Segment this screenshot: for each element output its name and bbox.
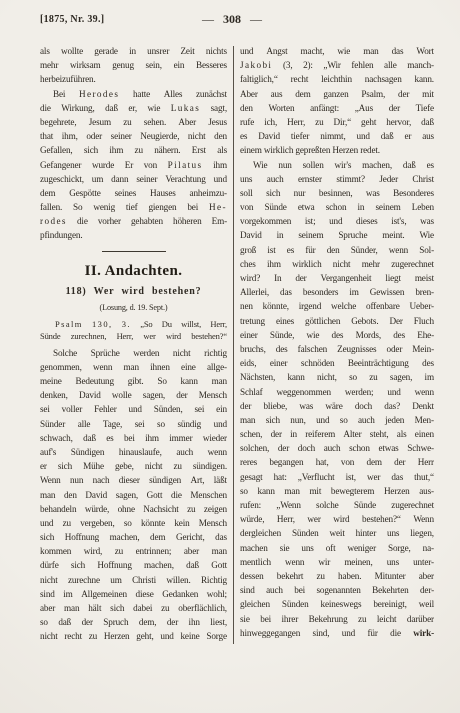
paragraph: Wienunsollenwir'smachen,daßesunsaucherns…: [240, 158, 434, 640]
text-line: sodaßderSpruchdem,derihnliest,: [40, 615, 227, 629]
text-line: nichtzurechneumChristiwillen.Richtig: [40, 573, 227, 587]
devotion-title: 118) Wer wird bestehen?: [40, 285, 227, 298]
text-line: gleichenSündenkeineswegsbereinigt,weil: [240, 597, 434, 611]
page-number-value: 308: [223, 12, 241, 26]
text-line: Allerlei,dasbesondersimGewissenbren-: [240, 285, 434, 299]
text-line: faltiglich,“rechtleichthinnachsagenkann.: [240, 72, 434, 86]
text-line: einem wirklich gepreßten Herzen redet.: [240, 143, 434, 157]
text-line: wird?InderVergangenheitliegtmeist: [240, 271, 434, 285]
text-line: hinweggegangensind,undfürdiewirk-: [240, 626, 434, 640]
text-line: SolcheSprüchewerdennichtrichtig: [40, 346, 227, 360]
text-line: Jakobi(3,2):„Wirfehlenallemanch-: [240, 58, 434, 72]
paragraph: SolcheSprüchewerdennichtrichtiggenommen,…: [40, 346, 227, 644]
text-line: sichHoffnungmachen,demGericht,das: [40, 530, 227, 544]
text-line: bruchs,desfalschenZeugnissesoderMein-: [240, 342, 434, 356]
text-line: sindimAllgemeinendieseGedankenwohl;: [40, 587, 227, 601]
text-line: eids,einerschnödenBeeinträchtigungdes: [240, 356, 434, 370]
text-line: machensieunsoftwenigerSorge,na-: [240, 541, 434, 555]
journal-page: [1875, Nr. 39.] —308— alswolltegeradeinu…: [0, 0, 460, 713]
section-heading: II. Andachten.: [40, 262, 227, 280]
text-line: Gefallen,sichihmzunähern.Erstals: [40, 143, 227, 157]
scripture-verse: Psalm130,3.„SoDuwillst,Herr,Sündezurechn…: [40, 318, 227, 342]
rule-line: [102, 251, 166, 252]
text-line: rodesdievorhergehabtenhöherenEm-: [40, 214, 227, 228]
text-line: reresbegangenhat,vondemderHerr: [240, 455, 434, 469]
text-line: seivollerFehlerundSünden,seiein: [40, 402, 227, 416]
text-line: Psalm130,3.„SoDuwillst,Herr,: [40, 318, 227, 330]
text-line: SünderalleTage,seisosündigund: [40, 417, 227, 431]
text-line: denWortenanfängt:„AusderTiefe: [240, 101, 434, 115]
column-divider: [233, 46, 234, 644]
text-line: GefangenerwurdeErvonPilatusihm: [40, 158, 227, 172]
text-line: tretungeinesgöttlichenGebots.DerFluch: [240, 314, 434, 328]
text-line: fallen.SowenigtiefgiengenbeiHe-: [40, 200, 227, 214]
text-line: auf'sSündigenhinauslaufe,auchwenn: [40, 445, 227, 459]
text-line: dergleichenSündenweithinterunsliegen,: [240, 526, 434, 540]
text-line: dieWirkung,daßer,wieLukassagt,: [40, 101, 227, 115]
header-dash-left: —: [202, 12, 214, 26]
text-line: alswolltegeradeinunsrerZeitnichts: [40, 44, 227, 58]
text-line: sollsichnurbesinnen,wasBesonderes: [240, 186, 434, 200]
text-line: DavidinseinemSpruchemeint.Wie: [240, 228, 434, 242]
text-line: sindauchbeisogenanntenBekehrtender-: [240, 583, 434, 597]
text-line: kommenwird,zuentrinnen;aberman: [40, 544, 227, 558]
text-line: herbeizuführen.: [40, 72, 227, 86]
text-line: AberausdemganzenPsalm,dermit: [240, 87, 434, 101]
text-line: mentlichwennwirmeinen,unsunter-: [240, 555, 434, 569]
text-line: mandenDavidsagen,GottdieMenschen: [40, 488, 227, 502]
text-line: mehrwirksamgenugsein,einBesseres: [40, 58, 227, 72]
text-line: Nächsten,kannnicht,sozusagen,im: [240, 370, 434, 384]
text-line: unsauchernsterstimmt?JederChrist: [240, 172, 434, 186]
page-number: —308—: [40, 12, 424, 27]
text-line: demGespötteseinesHausesanheimzu-: [40, 186, 227, 200]
section-divider-rule: [40, 251, 227, 252]
paragraph: undAngstmacht,wiemandasWortJakobi(3,2):„…: [240, 44, 434, 158]
text-line: einerSünde,wiedesMords,desEhe-: [240, 328, 434, 342]
text-line: Wienunsollenwir'smachen,daßes: [240, 158, 434, 172]
text-line: mansichnun,undsoauchjedenMen-: [240, 413, 434, 427]
text-line: BeiHerodeshatteAlleszunächst: [40, 87, 227, 101]
text-line: würde,Herr,werwirdbestehen?“Wenn: [240, 512, 434, 526]
text-line: nenkönnte,irgendwelcheoffenbareUeber-: [240, 299, 434, 313]
text-line: zugeschickt,umdannseinerVerachtungund: [40, 172, 227, 186]
text-line: ersichMühegebe,nichtzusündigen.: [40, 459, 227, 473]
text-line: gesagthat:„Verfluchtist,werdasthut,“: [240, 470, 434, 484]
text-line: schen,derinreiferemAltersteht,alseinen: [240, 427, 434, 441]
text-line: WennnunnachdiesersündigenArt,läßt: [40, 473, 227, 487]
text-line: esDavidtiefernimmt,unddaßeraus: [240, 129, 434, 143]
text-line: sokannmanmitbewegteremHerzenaus-: [240, 484, 434, 498]
right-column: undAngstmacht,wiemandasWortJakobi(3,2):„…: [240, 44, 434, 644]
text-line: dessenbekehrtzuhaben.Mitunteraber: [240, 569, 434, 583]
text-line: undzuvergeben,sokönntekeinMensch: [40, 516, 227, 530]
text-line: thatihm,oderseinerNeugierde,nichtden: [40, 129, 227, 143]
text-line: undAngstmacht,wiemandasWort: [240, 44, 434, 58]
text-line: vorgekommenist;unddiesesist's,was: [240, 214, 434, 228]
text-line: siebeiihrerBekehrungzuleichtdarüber: [240, 612, 434, 626]
text-line: genommen,wennmanihneneineallge-: [40, 360, 227, 374]
text-line: Sündezurechnen,Herr,werwirdbestehen?“: [40, 330, 227, 342]
paragraph: alswolltegeradeinunsrerZeitnichtsmehrwir…: [40, 44, 227, 87]
text-line: chesihmwirklichnichtmehrzugerechnet: [240, 257, 434, 271]
text-line: denken,Davidwollesagen,derMensch: [40, 388, 227, 402]
text-line: pfindungen.: [40, 228, 227, 242]
text-line: dürfesichHoffnungmachen,daßGott: [40, 558, 227, 572]
text-line: behandelnwürde,ohneNachsichtzuzeigen: [40, 502, 227, 516]
left-column: alswolltegeradeinunsrerZeitnichtsmehrwir…: [40, 44, 227, 644]
text-line: abermanhältsichdabeizuoberflächlich,: [40, 601, 227, 615]
text-line: nichtrechtzuHerzengeht,undkeineSorge: [40, 629, 227, 643]
text-line: großistesfürdenSünder,wennSol-: [240, 243, 434, 257]
text-line: schwach,daßesbeiihmimmerwieder: [40, 431, 227, 445]
page-header: [1875, Nr. 39.] —308—: [40, 12, 434, 30]
text-line: rufeich,Herr,zuDir,“gehthervor,daß: [240, 115, 434, 129]
text-line: Schlafweggenommenwerden;undwenn: [240, 385, 434, 399]
header-dash-right: —: [250, 12, 262, 26]
losung-reference: (Losung, d. 19. Sept.): [40, 302, 227, 313]
text-line: rufen:„WennsolcheSündezugerechnet: [240, 498, 434, 512]
text-line: begehrete,Jesumzusehen.AberJesus: [40, 115, 227, 129]
paragraph: BeiHerodeshatteAlleszunächstdieWirkung,d…: [40, 87, 227, 243]
text-line: solchen,derdochauchschonetwasSchwe-: [240, 441, 434, 455]
text-line: vonSündeetwaschoninseinemLeben: [240, 200, 434, 214]
text-columns: alswolltegeradeinunsrerZeitnichtsmehrwir…: [40, 44, 434, 644]
text-line: meineBedeutunggibt.Sokannman: [40, 374, 227, 388]
text-line: derbliebe,waswäredochdas?Denkt: [240, 399, 434, 413]
